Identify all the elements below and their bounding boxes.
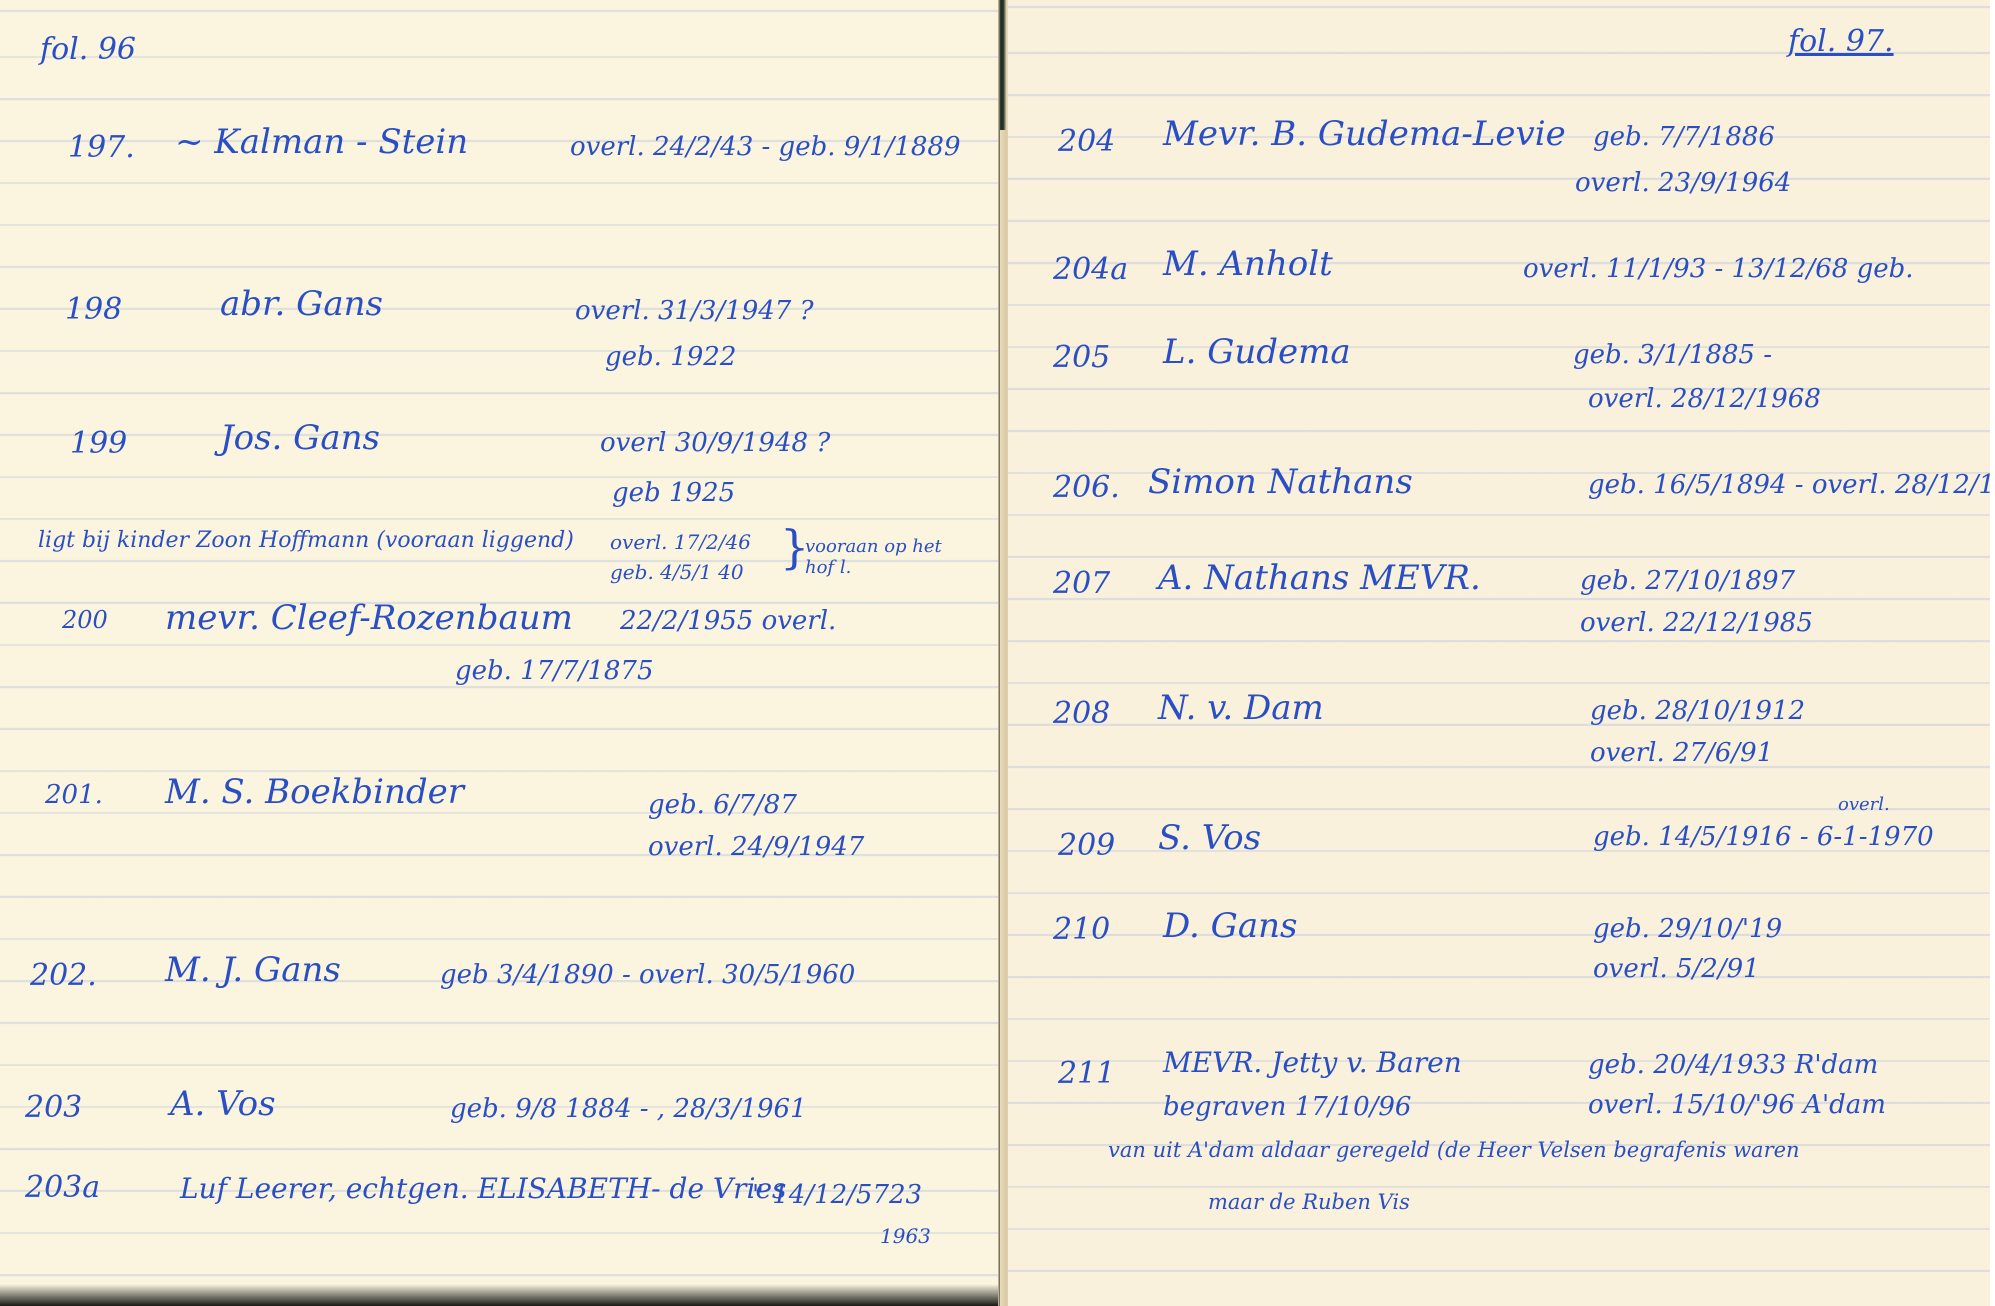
entry-number: 204 <box>1058 124 1115 159</box>
entry-name: S. Vos <box>1158 818 1261 858</box>
entry-birth-date: geb. 28/10/1912 <box>1590 696 1805 726</box>
entry-death-date: overl. 31/3/1947 ? <box>575 296 814 326</box>
entry-number: 210 <box>1053 912 1110 947</box>
entry-number: 209 <box>1058 828 1115 863</box>
entry-death-label: overl. <box>1838 794 1890 815</box>
entry-name: Mevr. B. Gudema-Levie <box>1163 114 1566 154</box>
folio-number-left: fol. 96 <box>40 32 136 67</box>
entry-number: 199 <box>70 426 127 461</box>
entry-number: 203 <box>25 1090 82 1125</box>
entry-birth-date: geb. 17/7/1875 <box>455 656 654 686</box>
background-edge <box>1990 0 1995 1306</box>
left-page: fol. 96 197. ~ Kalman - Stein overl. 24/… <box>0 0 1000 1306</box>
entry-birth-date: geb. 4/5/1 40 <box>610 560 744 584</box>
entry-name: M. S. Boekbinder <box>165 772 464 812</box>
entry-birth-date: geb 1925 <box>612 478 735 508</box>
entry-name: M. J. Gans <box>165 950 341 990</box>
entry-number: 201. <box>45 780 103 810</box>
entry-number: 204a <box>1053 252 1128 287</box>
entry-side-note: vooraan op het hof l. <box>805 536 965 578</box>
entry-name: MEVR. Jetty v. Baren <box>1163 1046 1462 1079</box>
entry-dates: geb. 16/5/1894 - overl. 28/12/1978 <box>1588 470 1995 500</box>
entry-note: ligt bij kinder Zoon Hoffmann (vooraan l… <box>38 528 574 553</box>
entry-arrangement-note-cont: maar de Ruben Vis <box>1208 1190 1410 1214</box>
entry-death-date: overl. 24/9/1947 <box>648 832 864 862</box>
entry-name: ~ Kalman - Stein <box>175 122 468 162</box>
right-page: fol. 97. 204 Mevr. B. Gudema-Levie geb. … <box>1008 0 1995 1306</box>
entry-name: Luf Leerer, echtgen. ELISABETH- de Vries <box>180 1172 786 1205</box>
entry-death-date: overl. 17/2/46 <box>610 530 751 554</box>
entry-name: D. Gans <box>1163 906 1297 946</box>
entry-dates: geb. 14/5/1916 - 6-1-1970 <box>1593 822 1934 852</box>
entry-number: 202. <box>30 958 97 993</box>
entry-number: 208 <box>1053 696 1110 731</box>
entry-number: 211 <box>1058 1056 1115 1091</box>
entry-burial-note: begraven 17/10/96 <box>1163 1092 1411 1122</box>
entry-name: mevr. Cleef-Rozenbaum <box>165 598 573 638</box>
entry-dates: geb. 9/8 1884 - , 28/3/1961 <box>450 1094 807 1124</box>
entry-name: M. Anholt <box>1163 244 1333 284</box>
entry-number: 207 <box>1053 566 1110 601</box>
entry-name: L. Gudema <box>1163 332 1351 372</box>
entry-birth-date: geb. 3/1/1885 - <box>1573 340 1772 370</box>
entry-name: A. Vos <box>170 1084 276 1124</box>
entry-birth-date: geb. 29/10/'19 <box>1593 914 1782 944</box>
entry-number: 206. <box>1053 470 1120 505</box>
entry-dates: overl. 11/1/93 - 13/12/68 geb. <box>1523 254 1914 284</box>
entry-death-date: overl. 15/10/'96 A'dam <box>1588 1090 1886 1120</box>
entry-number: 203a <box>25 1170 100 1205</box>
entry-death-date: overl. 28/12/1968 <box>1588 384 1821 414</box>
entry-number: 200 <box>62 606 108 634</box>
entry-birth-date: geb. 20/4/1933 R'dam <box>1588 1050 1878 1080</box>
entry-death-date: overl. 27/6/91 <box>1590 738 1773 768</box>
entry-arrangement-note: van uit A'dam aldaar geregeld (de Heer V… <box>1108 1138 1800 1162</box>
entry-number: 198 <box>65 292 122 327</box>
entry-death-date: overl. 23/9/1964 <box>1575 168 1791 198</box>
entry-death-date: 22/2/1955 overl. <box>620 606 836 636</box>
entry-birth-date: geb. 1922 <box>605 342 736 372</box>
entry-death-date: overl 30/9/1948 ? <box>600 428 830 458</box>
entry-name: abr. Gans <box>220 284 383 324</box>
entry-dates: geb 3/4/1890 - overl. 30/5/1960 <box>440 960 855 990</box>
entry-name: A. Nathans MEVR. <box>1158 558 1481 598</box>
entry-name: N. v. Dam <box>1158 688 1324 728</box>
entry-death-date: " 14/12/5723 <box>752 1180 922 1210</box>
entry-number: 205 <box>1053 340 1110 375</box>
entry-death-date: overl. 22/12/1985 <box>1580 608 1813 638</box>
entry-name: Jos. Gans <box>220 418 380 458</box>
entry-number: 197. <box>68 130 135 165</box>
entry-civil-year: 1963 <box>880 1224 931 1248</box>
entry-birth-date: geb. 6/7/87 <box>648 790 797 820</box>
entry-birth-date: geb. 7/7/1886 <box>1593 122 1775 152</box>
entry-name: Simon Nathans <box>1148 462 1413 502</box>
entry-dates: overl. 24/2/43 - geb. 9/1/1889 <box>570 132 961 162</box>
entry-death-date: overl. 5/2/91 <box>1593 954 1760 984</box>
entry-birth-date: geb. 27/10/1897 <box>1580 566 1795 596</box>
folio-number-right: fol. 97. <box>1788 24 1894 59</box>
